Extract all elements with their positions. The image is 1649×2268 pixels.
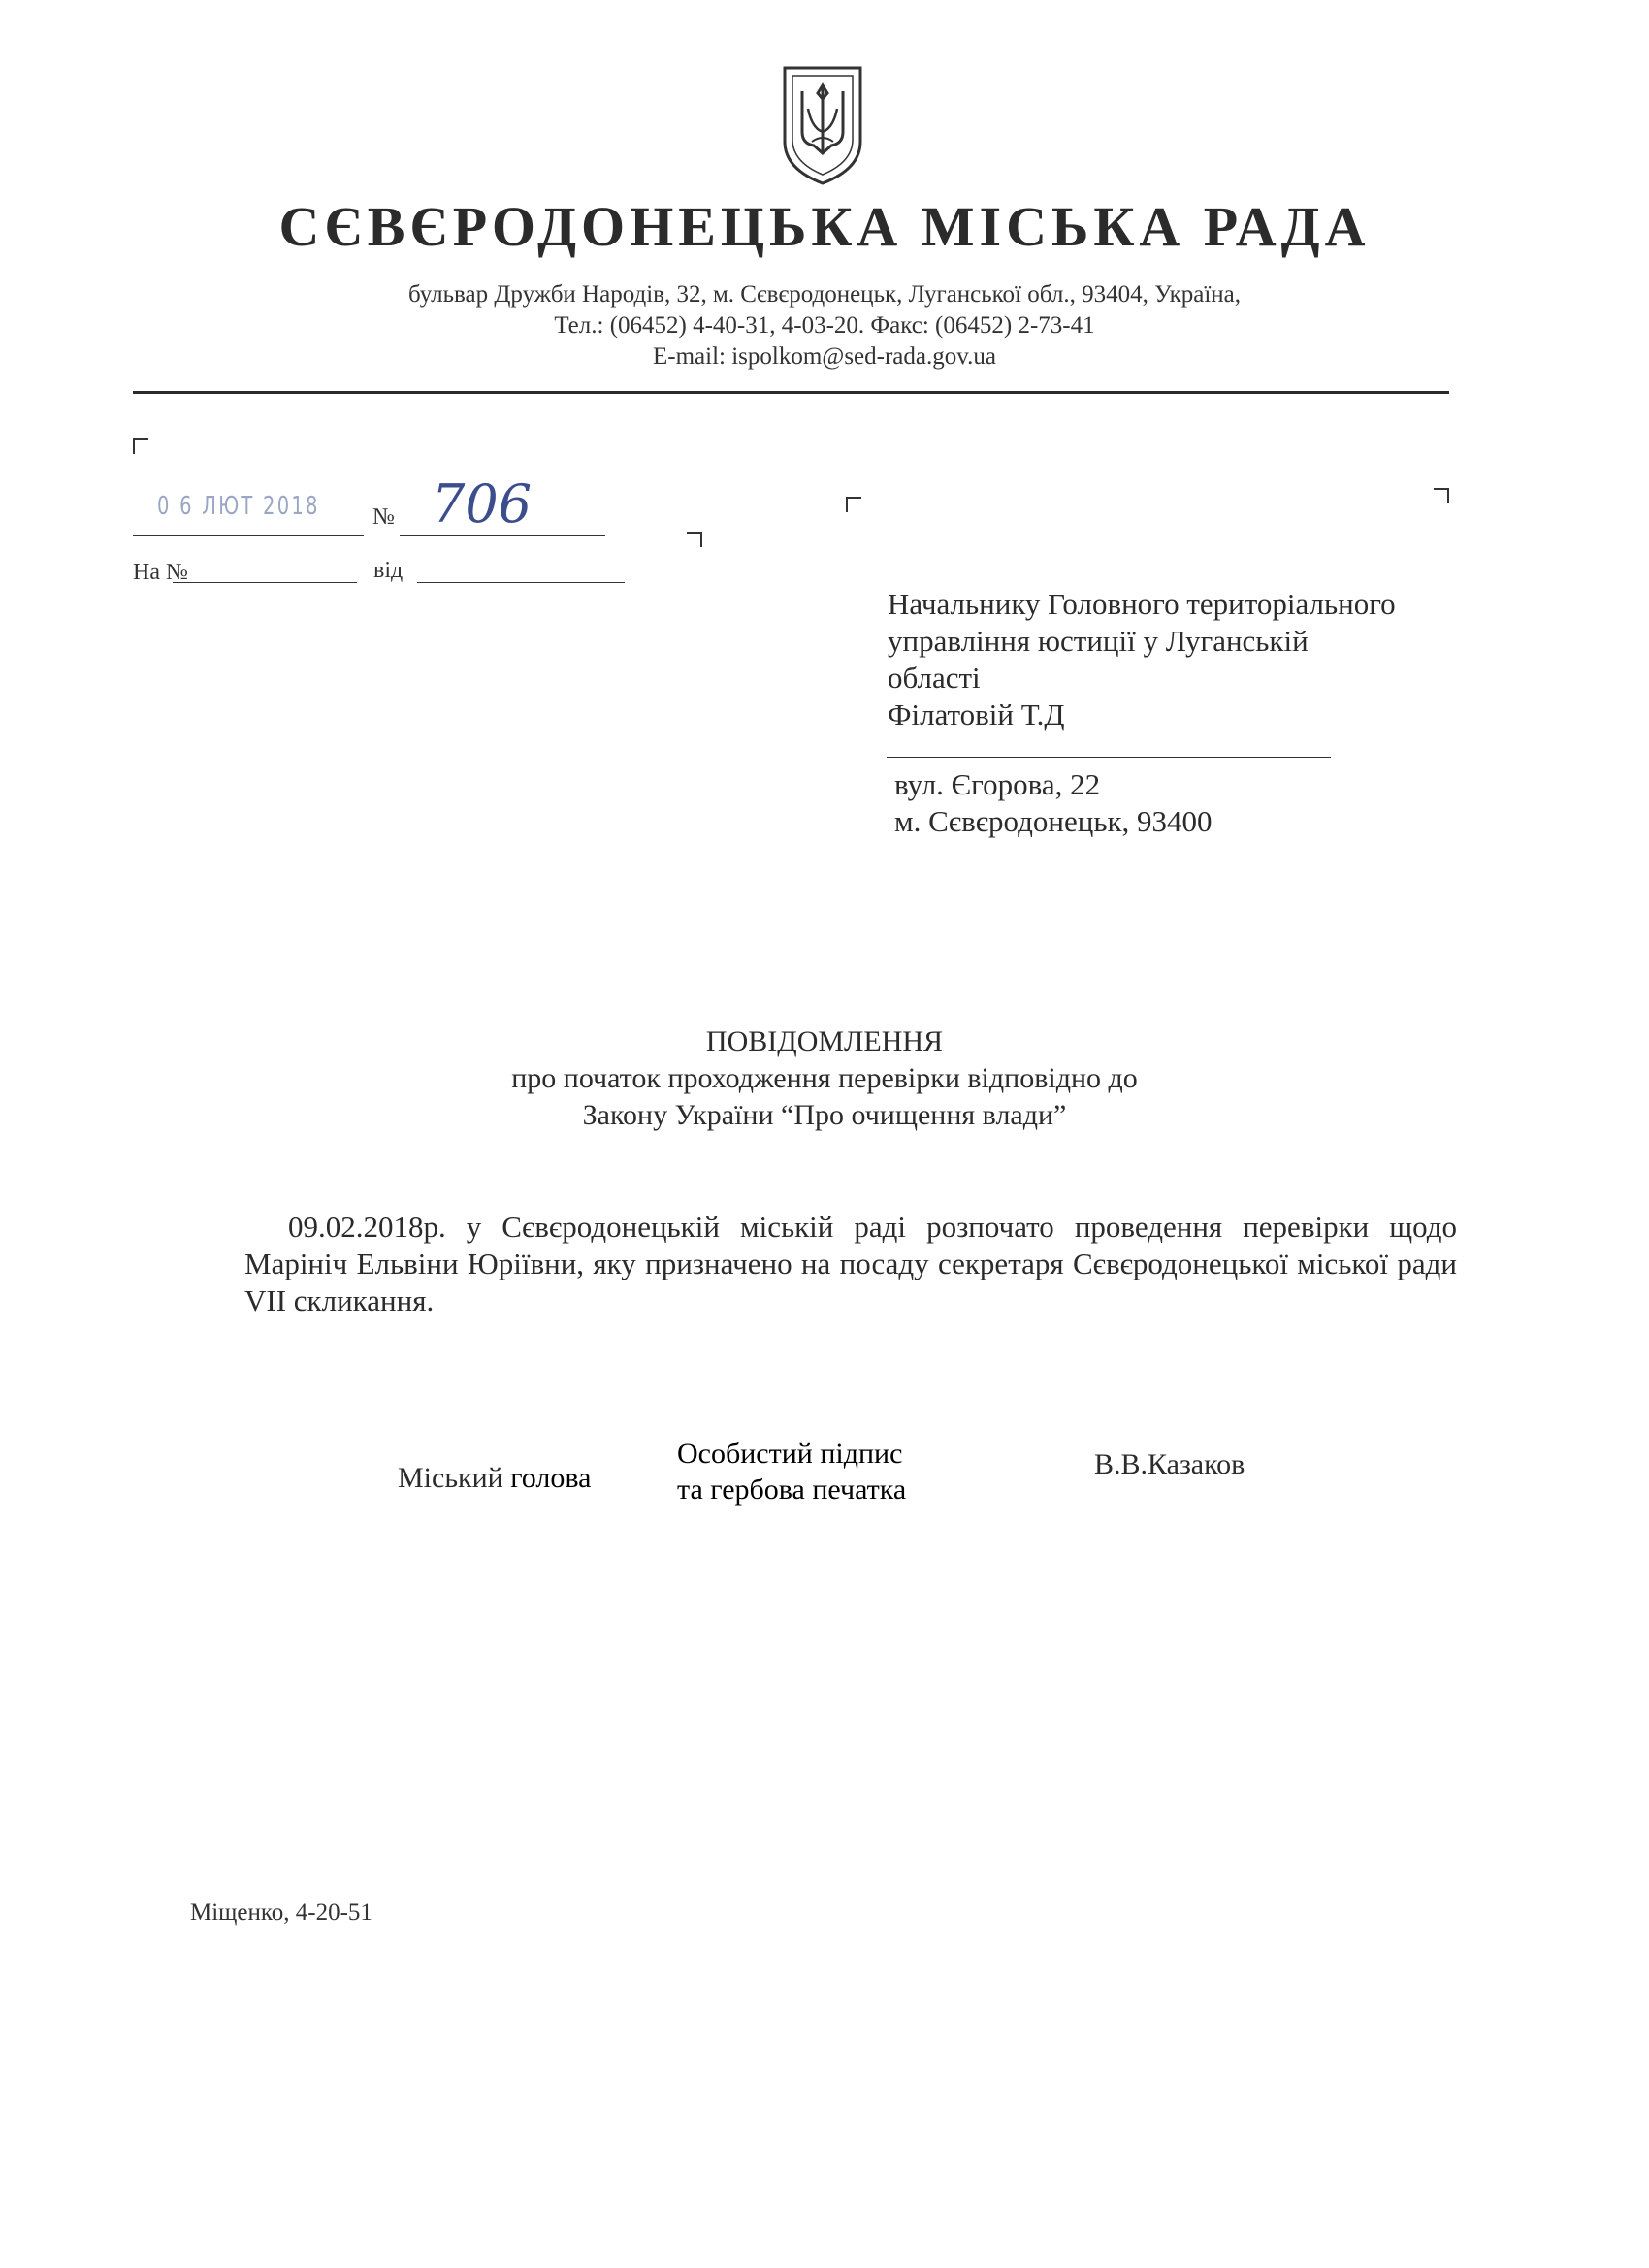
corner-mark	[133, 438, 148, 454]
title-subtitle: про початок проходження перевірки відпов…	[0, 1060, 1649, 1097]
signature-placeholder-line: Особистий підпис	[677, 1436, 906, 1472]
organization-email: E-mail: ispolkom@sed-rada.gov.ua	[0, 343, 1649, 371]
title-heading: ПОВІДОМЛЕННЯ	[0, 1023, 1649, 1060]
trident-coat-of-arms-icon	[779, 64, 866, 187]
position-part1: Міський	[398, 1462, 503, 1494]
organization-address: бульвар Дружби Народів, 32, м. Сєвєродон…	[0, 281, 1649, 308]
corner-mark	[846, 497, 861, 512]
reply-number-line	[173, 582, 357, 583]
from-label: від	[373, 558, 403, 584]
title-subtitle: Закону України “Про очищення влади”	[0, 1097, 1649, 1134]
recipient-line: управління юстиції у Луганській	[888, 623, 1396, 660]
organization-phone: Тел.: (06452) 4-40-31, 4-03-20. Факс: (0…	[0, 312, 1649, 340]
signature-placeholder: Особистий підпис та гербова печатка	[677, 1436, 906, 1507]
from-date-line	[417, 582, 625, 583]
recipient-line: Начальнику Головного територіального	[888, 586, 1396, 623]
number-label: №	[372, 504, 395, 531]
recipient-block: Начальнику Головного територіального упр…	[888, 586, 1396, 733]
signature-placeholder-line: та гербова печатка	[677, 1472, 906, 1507]
position-part2: голова	[510, 1462, 591, 1494]
number-line	[400, 535, 605, 536]
signature-position: Міський голова	[398, 1460, 591, 1496]
date-stamp: 0 6 ЛЮТ 2018	[157, 492, 320, 521]
outgoing-number: 706	[432, 473, 532, 535]
corner-mark	[687, 532, 702, 547]
recipient-address: вул. Єгорова, 22 м. Сєвєродонецьк, 93400	[894, 766, 1212, 840]
corner-mark	[1434, 488, 1449, 503]
recipient-address-line: м. Сєвєродонецьк, 93400	[894, 803, 1212, 840]
date-line	[133, 535, 364, 536]
header-divider	[133, 391, 1449, 394]
executor-note: Міщенко, 4-20-51	[190, 1899, 372, 1927]
organization-name: СЄВЄРОДОНЕЦЬКА МІСЬКА РАДА	[0, 194, 1649, 259]
document-title: ПОВІДОМЛЕННЯ про початок проходження пер…	[0, 1023, 1649, 1134]
body-paragraph: 09.02.2018р. у Сєвєродонецькій міській р…	[244, 1209, 1457, 1319]
recipient-divider	[887, 757, 1331, 758]
recipient-address-line: вул. Єгорова, 22	[894, 766, 1212, 803]
signatory-name: В.В.Казаков	[1094, 1448, 1245, 1481]
recipient-line: області	[888, 660, 1396, 697]
recipient-line: Філатовій Т.Д	[888, 697, 1396, 733]
